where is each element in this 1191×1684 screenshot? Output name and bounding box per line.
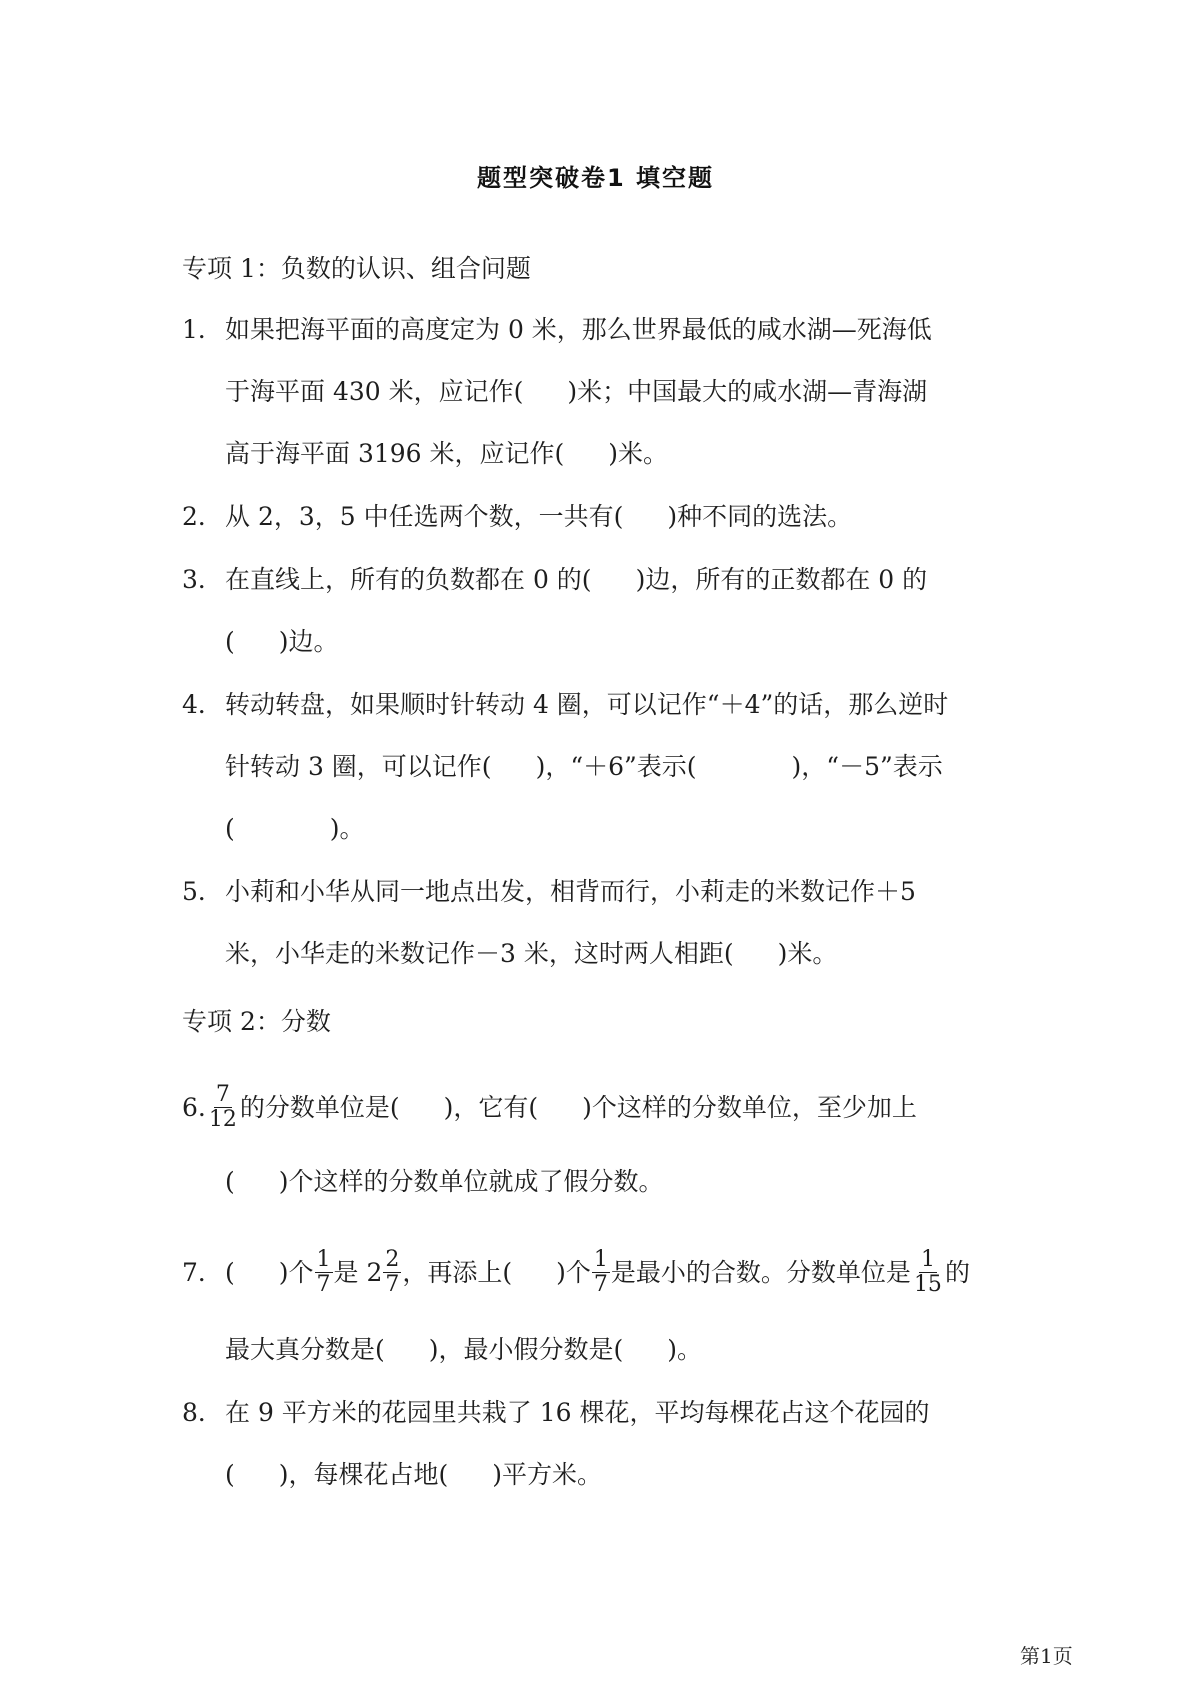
question-5-line-2: 米，小华走的米数记作－3 米，这时两人相距()米。	[225, 937, 837, 971]
question-number: 1．	[182, 313, 225, 347]
question-6: 6.712的分数单位是()，它有()个这样的分数单位，至少加上	[182, 1085, 917, 1134]
question-7: 7．()个17是 227，再添上()个17是最小的合数。分数单位是115的	[182, 1250, 970, 1299]
section-heading-1: 专项 1：负数的认识、组合问题	[182, 252, 531, 286]
question-1-line-3: 高于海平面 3196 米，应记作()米。	[225, 437, 668, 471]
question-8: 8．在 9 平方米的花园里共栽了 16 棵花，平均每棵花占这个花园的	[182, 1396, 930, 1430]
question-3-line-2: ()边。	[225, 625, 339, 659]
question-6-line-2: ()个这样的分数单位就成了假分数。	[225, 1165, 664, 1199]
question-1: 1．如果把海平面的高度定为 0 米，那么世界最低的咸水湖—死海低	[182, 313, 932, 347]
question-7-line-2: 最大真分数是()，最小假分数是()。	[225, 1333, 702, 1367]
question-4-line-2: 针转动 3 圈，可以记作()，“＋6”表示()，“－5”表示	[225, 750, 943, 784]
question-4-line-3: ()。	[225, 812, 365, 846]
section-heading-2: 专项 2：分数	[182, 1005, 331, 1039]
question-3: 3．在直线上，所有的负数都在 0 的()边，所有的正数都在 0 的	[182, 563, 927, 597]
page-number: 第1页	[1020, 1640, 1073, 1669]
question-2: 2．从 2，3，5 中任选两个数，一共有()种不同的选法。	[182, 500, 852, 534]
page-title: 题型突破卷1 填空题	[0, 158, 1191, 193]
fraction: 712	[207, 1083, 239, 1132]
question-1-line-2: 于海平面 430 米，应记作()米；中国最大的咸水湖—青海湖	[225, 375, 927, 409]
question-4: 4．转动转盘，如果顺时针转动 4 圈，可以记作“＋4”的话，那么逆时	[182, 688, 948, 722]
question-5: 5．小莉和小华从同一地点出发，相背而行，小莉走的米数记作＋5	[182, 875, 916, 909]
question-8-line-2: ()，每棵花占地()平方米。	[225, 1458, 602, 1492]
